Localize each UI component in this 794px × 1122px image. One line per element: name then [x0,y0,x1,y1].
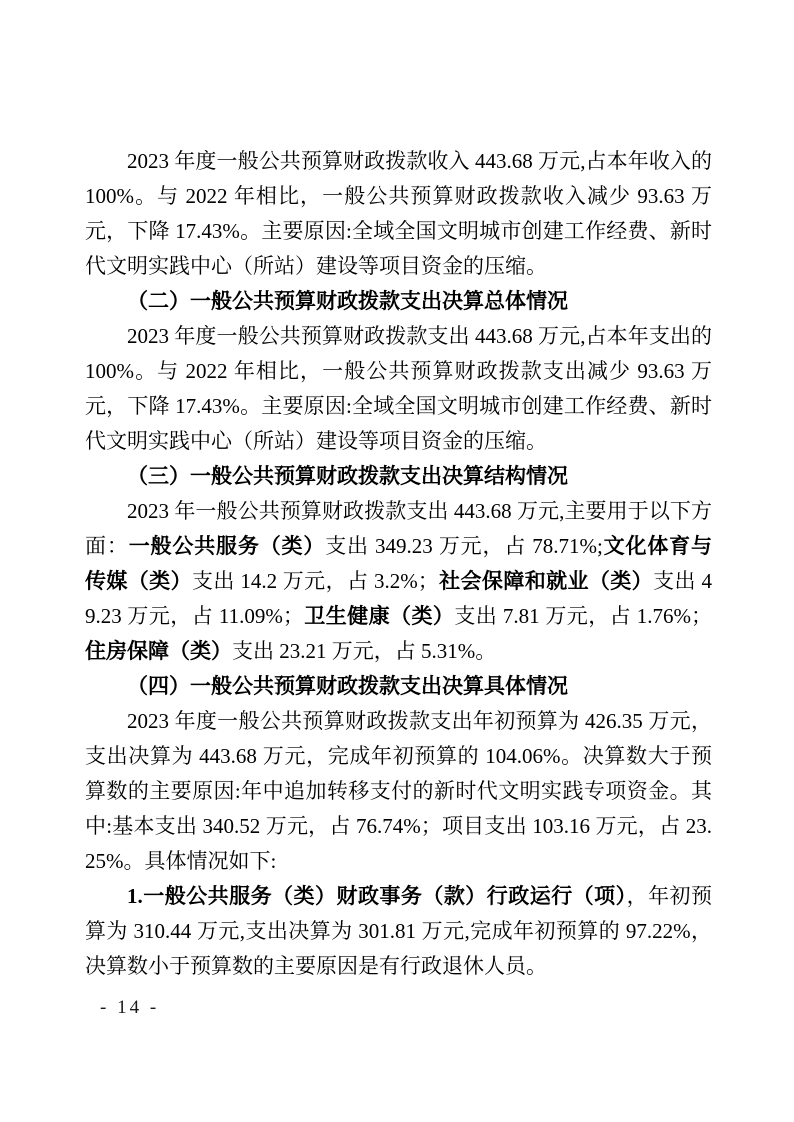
emphasis-text-run: 卫生健康（类） [304,604,455,628]
emphasis-text-run: （二）一般公共预算财政拨款支出决算总体情况 [127,289,568,313]
emphasis-text-run: 社会保障和就业（类） [439,569,653,593]
body-paragraph: 1.一般公共服务（类）财政事务（款）行政运行（项），年初预算为 310.44 万… [85,879,712,984]
text-run: 支出 349.23 万元，占 78.71%; [325,534,603,558]
text-run: 支出 14.2 万元，占 3.2%； [192,569,439,593]
emphasis-text-run: 一般公共服务（类） [129,534,326,558]
emphasis-text-run: （四）一般公共预算财政拨款支出决算具体情况 [127,674,568,698]
page-footer: - 14 - [100,997,159,1019]
emphasis-text-run: （三）一般公共预算财政拨款支出决算结构情况 [127,464,568,488]
body-paragraph: 2023 年度一般公共预算财政拨款支出年初预算为 426.35 万元，支出决算为… [85,704,712,879]
section-heading: （四）一般公共预算财政拨款支出决算具体情况 [85,669,712,704]
text-run: 2023 年度一般公共预算财政拨款支出年初预算为 426.35 万元，支出决算为… [85,709,712,873]
emphasis-text-run: 住房保障（类） [85,639,232,663]
body-paragraph: 2023 年度一般公共预算财政拨款收入 443.68 万元,占本年收入的 100… [85,144,712,284]
section-heading: （二）一般公共预算财政拨款支出决算总体情况 [85,284,712,319]
page-number: - 14 - [100,997,159,1018]
document-page: 2023 年度一般公共预算财政拨款收入 443.68 万元,占本年收入的 100… [0,0,794,1122]
text-run: 2023 年度一般公共预算财政拨款收入 443.68 万元,占本年收入的 100… [85,149,712,278]
emphasis-text-run: 1.一般公共服务（类）财政事务（款）行政运行（项） [127,884,627,908]
text-run: 2023 年度一般公共预算财政拨款支出 443.68 万元,占本年支出的 100… [85,324,712,453]
text-run: 支出 7.81 万元，占 1.76%； [454,604,712,628]
body-paragraph: 2023 年度一般公共预算财政拨款支出 443.68 万元,占本年支出的 100… [85,319,712,459]
document-body: 2023 年度一般公共预算财政拨款收入 443.68 万元,占本年收入的 100… [85,0,712,984]
body-paragraph: 2023 年一般公共预算财政拨款支出 443.68 万元,主要用于以下方面：一般… [85,494,712,669]
text-run: 支出 23.21 万元，占 5.31%。 [232,639,496,663]
section-heading: （三）一般公共预算财政拨款支出决算结构情况 [85,459,712,494]
